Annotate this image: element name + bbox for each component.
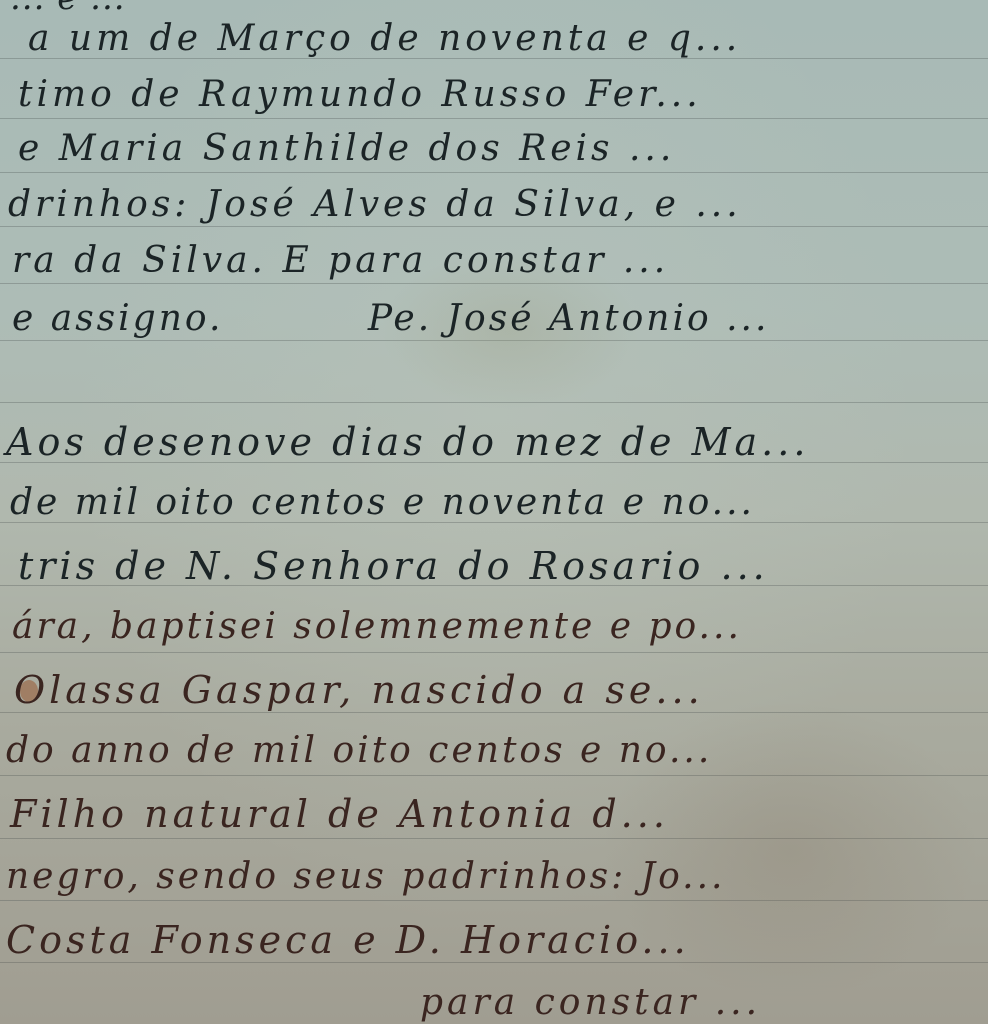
text-line: para constar ... [420,982,761,1023]
text-line: a um de Março de noventa e q... [28,18,741,59]
ruled-line [0,838,988,839]
text-line: do anno de mil oito centos e no... [6,730,712,771]
text-line: timo de Raymundo Russo Fer... [18,74,702,115]
text-line: negro, sendo seus padrinhos: Jo... [6,856,725,897]
text-line: Costa Fonseca e D. Horacio... [6,918,690,962]
text-line: tris de N. Senhora do Rosario ... [18,544,769,588]
text-line: drinhos: José Alves da Silva, e ... [8,184,742,225]
ruled-line [0,402,988,403]
text-line: Filho natural de Antonia d... [10,792,669,836]
text-line: de mil oito centos e noventa e no... [10,482,755,523]
ruled-line [0,226,988,227]
ruled-line [0,712,988,713]
ruled-line [0,962,988,963]
text-line: ... e ... [10,0,126,18]
ruled-line [0,118,988,119]
signature-line: e assigno. Pe. José Antonio ... [12,298,769,339]
text-line: Olassa Gaspar, nascido a se... [14,668,704,712]
text-line: e Maria Santhilde dos Reis ... [18,128,675,169]
ruled-line [0,652,988,653]
ruled-line [0,172,988,173]
ruled-line [0,775,988,776]
ruled-line [0,283,988,284]
text-line: Aos desenove dias do mez de Ma... [6,420,809,464]
ruled-line [0,340,988,341]
text-line: ra da Silva. E para constar ... [12,240,669,281]
text-line: ára, baptisei solemnemente e po... [12,606,742,647]
handwritten-document-page: ... e ... a um de Março de noventa e q..… [0,0,988,1024]
ruled-line [0,900,988,901]
